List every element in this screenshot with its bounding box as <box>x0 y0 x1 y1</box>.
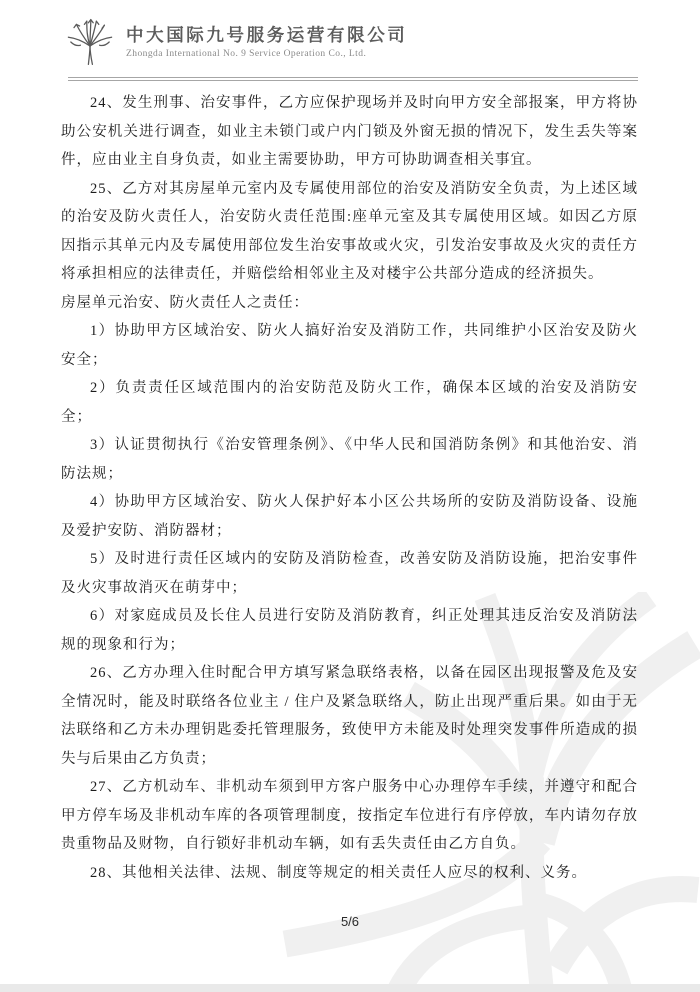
page-header: 中大国际九号服务运营有限公司 Zhongda International No.… <box>0 0 700 81</box>
company-name-en: Zhongda International No. 9 Service Oper… <box>126 49 407 59</box>
paragraph-clause-25: 25、乙方对其房屋单元室内及专属使用部位的治安及消防安全负责，为上述区域的治安及… <box>61 175 638 289</box>
paragraph-duty-item-3: 3）认证贯彻执行《治安管理条例》、《中华人民和国消防条例》和其他治安、消防法规； <box>61 431 638 488</box>
document-page: 中大国际九号服务运营有限公司 Zhongda International No.… <box>0 0 700 992</box>
paragraph-duty-item-1: 1）协助甲方区域治安、防火人搞好治安及消防工作，共同维护小区治安及防火安全； <box>61 317 638 374</box>
paragraph-duty-item-6: 6）对家庭成员及长住人员进行安防及消防教育，纠正处理其违反治安及消防法规的现象和… <box>61 602 638 659</box>
paragraph-duty-item-4: 4）协助甲方区域治安、防火人保护好本小区公共场所的安防及消防设备、设施及爱护安防… <box>61 488 638 545</box>
paragraph-duty-heading: 房屋单元治安、防火责任人之责任： <box>61 289 638 318</box>
paragraph-clause-27: 27、乙方机动车、非机动车须到甲方客户服务中心办理停车手续，并遵守和配合甲方停车… <box>61 773 638 859</box>
paragraph-clause-24: 24、发生刑事、治安事件，乙方应保护现场并及时向甲方安全部报案，甲方将协助公安机… <box>61 89 638 175</box>
paragraph-clause-28: 28、其他相关法律、法规、制度等规定的相关责任人应尽的权利、义务。 <box>61 859 638 888</box>
tree-logo-icon <box>66 16 114 68</box>
company-name-zh: 中大国际九号服务运营有限公司 <box>126 25 407 47</box>
page-number: 5/6 <box>0 914 700 929</box>
paragraph-clause-26: 26、乙方办理入住时配合甲方填写紧急联络表格，以备在园区出现报警及危及安全情况时… <box>61 659 638 773</box>
paragraph-duty-item-2: 2）负责责任区域范围内的治安防范及防火工作，确保本区域的治安及消防安全； <box>61 374 638 431</box>
company-name-block: 中大国际九号服务运营有限公司 Zhongda International No.… <box>126 25 407 60</box>
contract-body: 24、发生刑事、治安事件，乙方应保护现场并及时向甲方安全部报案，甲方将协助公安机… <box>0 81 700 887</box>
bottom-gray-band <box>0 984 700 992</box>
paragraph-duty-item-5: 5）及时进行责任区域内的安防及消防检查，改善安防及消防设施，把治安事件及火灾事故… <box>61 545 638 602</box>
